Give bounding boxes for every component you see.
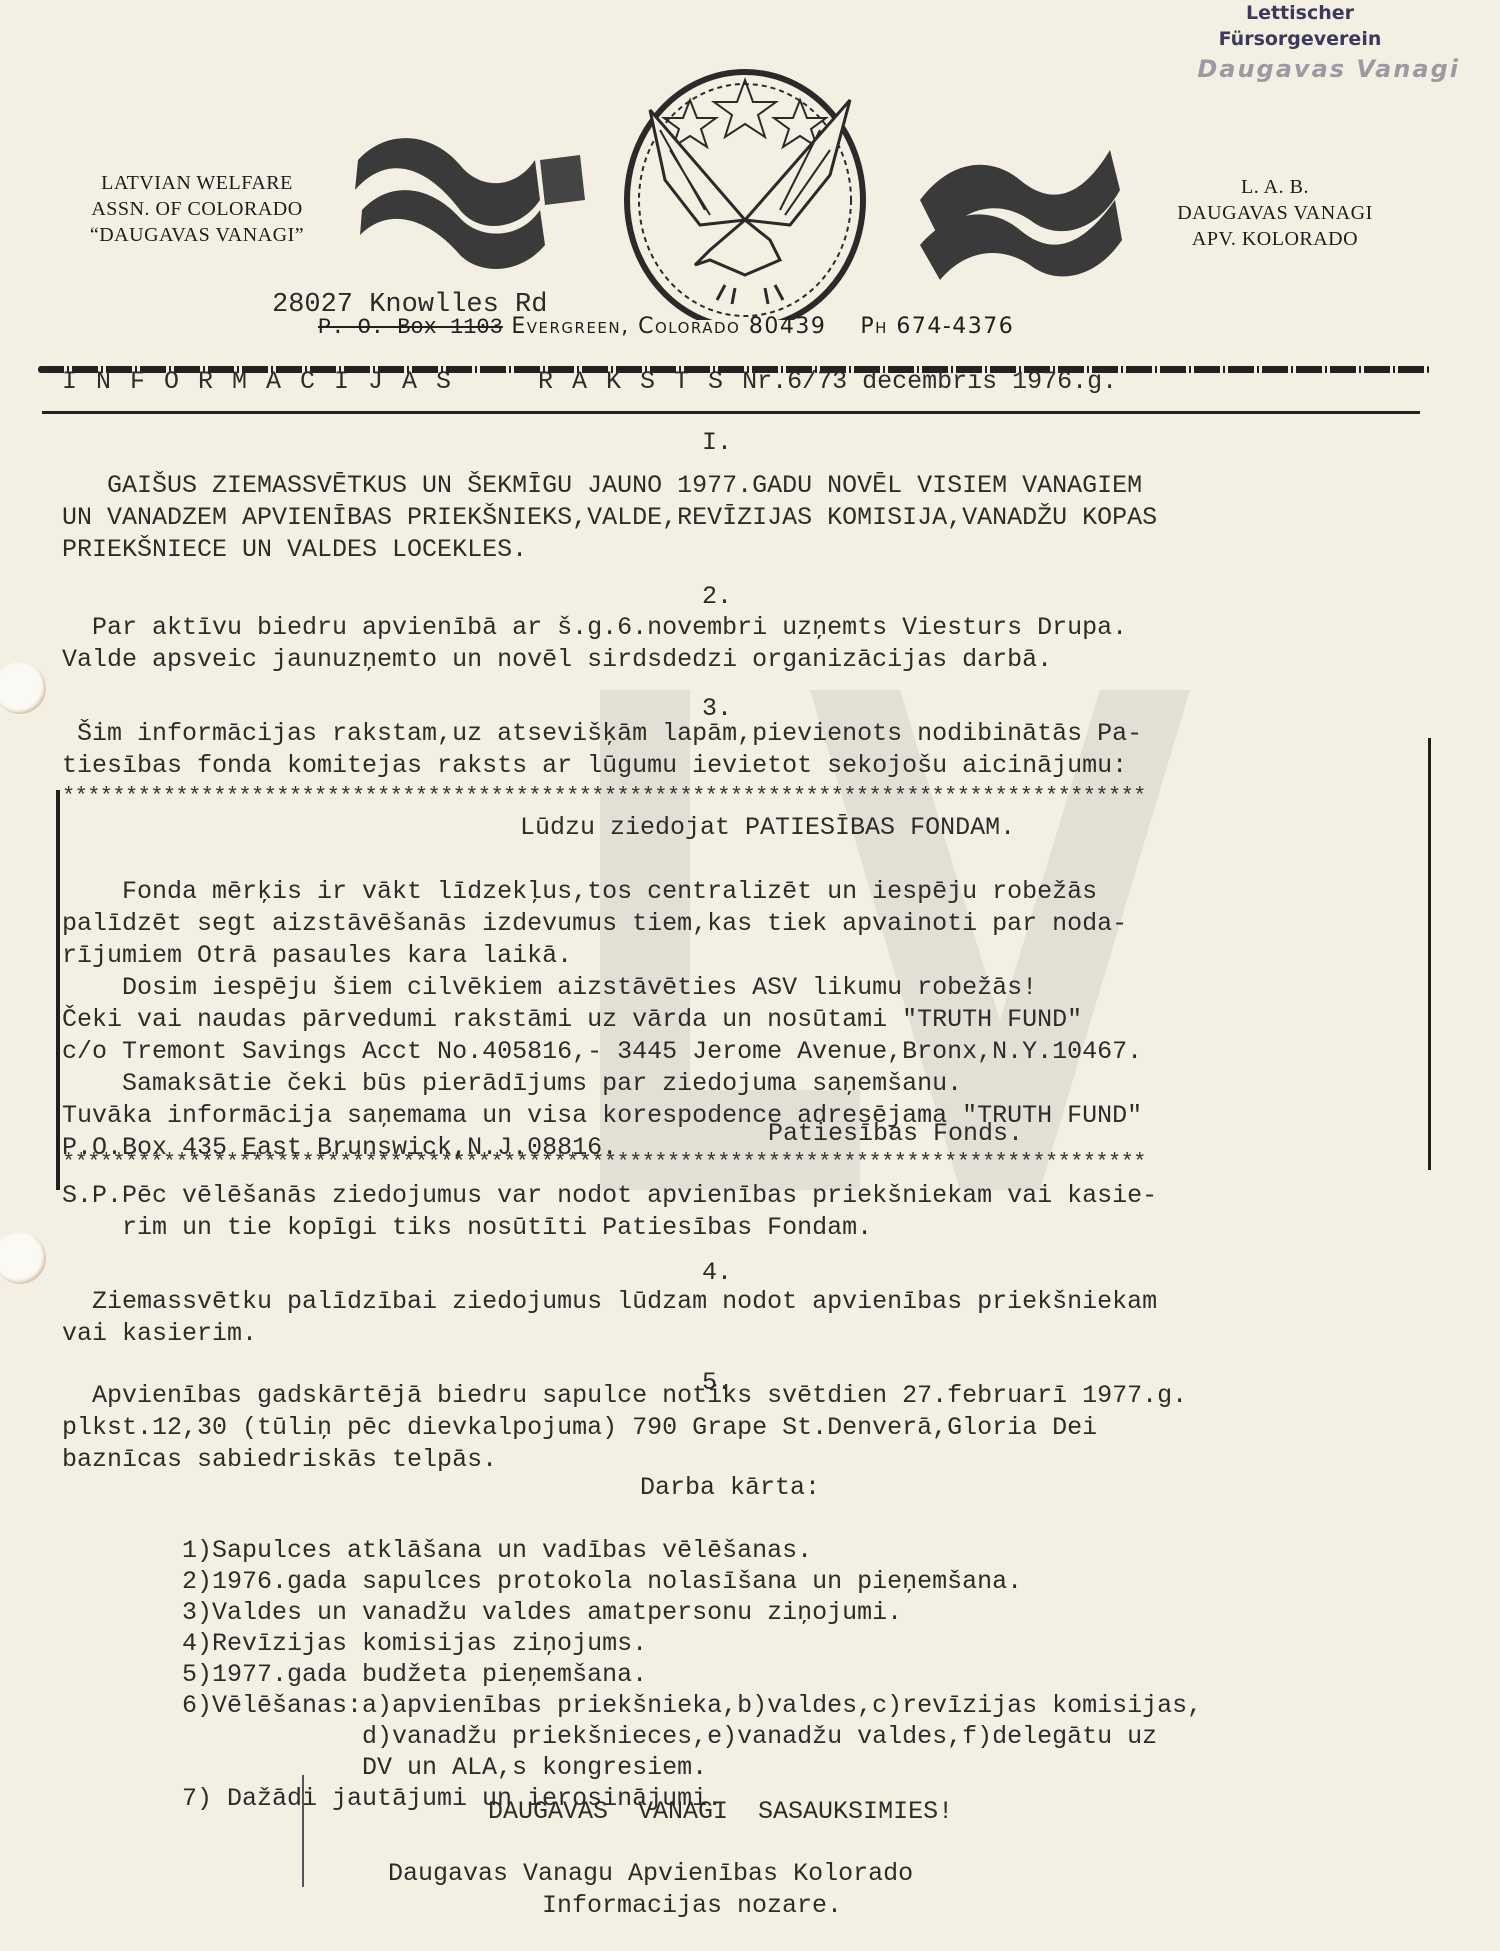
text-line: UN VANADZEM APVIENĪBAS PRIEKŠNIEKS,VALDE… (62, 502, 1157, 534)
agenda-item: 3)Valdes un vanadžu valdes amatpersonu z… (182, 1597, 1202, 1628)
text-line: Dosim iespēju šiem cilvēkiem aizstāvētie… (62, 972, 1142, 1004)
postscript: S.P.Pēc vēlēšanās ziedojumus var nodot a… (62, 1180, 1157, 1244)
text-line: PRIEKŠNIECE UN VALDES LOCEKLES. (62, 534, 1157, 566)
section-2-text: Par aktīvu biedru apvienībā ar š.g.6.nov… (62, 612, 1127, 676)
stamp-line-1: Lettischer (1140, 0, 1460, 26)
closing-organization: Daugavas Vanagu Apvienības Kolorado (388, 1858, 913, 1890)
text-line: Čeki vai naudas pārvedumi rakstāmi uz vā… (62, 1004, 1142, 1036)
text-line: GAIŠUS ZIEMASSVĒTKUS UN ŠEKMĪGU JAUNO 19… (62, 470, 1157, 502)
text-line: tiesības fonda komitejas raksts ar lūgum… (62, 750, 1142, 782)
printed-address: P. O. Box 1103 Evergreen, Colorado 80439… (318, 314, 1014, 340)
archive-stamp: Lettischer Fürsorgeverein Daugavas Vanag… (1140, 0, 1460, 82)
fund-box-border-right (1428, 738, 1431, 1170)
letterhead-right-line: APV. KOLORADO (1140, 226, 1410, 252)
agenda-item: 5)1977.gada budžeta pieņemšana. (182, 1659, 1202, 1690)
section-5-text: Apvienības gadskārtējā biedru sapulce no… (62, 1380, 1187, 1476)
text-line: Ziemassvētku palīdzībai ziedojumus lūdza… (62, 1286, 1157, 1318)
eagle-emblem-icon (350, 60, 1130, 320)
margin-pencil-line (302, 1775, 304, 1887)
agenda-title: Darba kārta: (640, 1472, 820, 1504)
text-line: c/o Tremont Savings Acct No.405816,- 344… (62, 1036, 1142, 1068)
fund-heading: Lūdzu ziedojat PATIESĪBAS FONDAM. (520, 812, 1015, 844)
section-4-text: Ziemassvētku palīdzībai ziedojumus lūdza… (62, 1286, 1157, 1350)
text-line: Šim informācijas rakstam,uz atsevišķām l… (62, 718, 1142, 750)
city-line: Evergreen, Colorado 80439 (511, 314, 826, 339)
punch-hole-bottom (0, 1232, 46, 1284)
agenda-list: 1)Sapulces atklāšana un vadības vēlēšana… (182, 1504, 1202, 1814)
closing-department: Informacijas nozare. (542, 1890, 842, 1922)
text-line: rim un tie kopīgi tiks nosūtīti Patiesīb… (62, 1212, 1157, 1244)
section-3-intro: Šim informācijas rakstam,uz atsevišķām l… (62, 718, 1142, 782)
text-line: Par aktīvu biedru apvienībā ar š.g.6.nov… (62, 612, 1127, 644)
agenda-item: DV un ALA,s kongresiem. (182, 1752, 1202, 1783)
section-number: 4. (702, 1258, 732, 1287)
struck-po-box: P. O. Box 1103 (318, 315, 503, 340)
header-rule-solid (42, 411, 1420, 414)
text-line: rījumiem Otrā pasaules kara laikā. (62, 940, 1142, 972)
phone-number: 674-4376 (896, 314, 1014, 339)
asterisk-divider-top: ****************************************… (62, 784, 1146, 809)
punch-hole-top (0, 662, 46, 714)
document-title-row: INFORMACIJAS RAKSTSNr.6/73 decembris 197… (62, 366, 1117, 398)
section-number: I. (702, 428, 732, 457)
letterhead-latvian: L. A. B. DAUGAVAS VANAGI APV. KOLORADO (1140, 174, 1410, 252)
text-line: Valde apsveic jaunuzņemto un novēl sirds… (62, 644, 1127, 676)
text-line: vai kasierim. (62, 1318, 1157, 1350)
letterhead-left-line: LATVIAN WELFARE (62, 170, 332, 196)
agenda-item: 6)Vēlēšanas:a)apvienības priekšnieka,b)v… (182, 1690, 1202, 1721)
section-number: 2. (702, 582, 732, 611)
phone-label: Ph (860, 314, 888, 339)
letterhead-left-line: “DAUGAVAS VANAGI” (62, 222, 332, 248)
letterhead-right-line: L. A. B. (1140, 174, 1410, 200)
issue-number: Nr.6/73 decembris 1976.g. (742, 367, 1117, 396)
asterisk-divider-bottom: ****************************************… (62, 1150, 1146, 1175)
text-line: Samaksātie čeki būs pierādījums par zied… (62, 1068, 1142, 1100)
fund-signature: Patiesības Fonds. (768, 1118, 1023, 1150)
text-line: Fonda mērķis ir vākt līdzekļus,tos centr… (62, 876, 1142, 908)
closing-motto: DAUGAVAS VANAGI SASAUKSIMIES! (488, 1796, 953, 1828)
text-line: palīdzēt segt aizstāvēšanās izdevumus ti… (62, 908, 1142, 940)
fund-box-border-left (56, 790, 60, 1190)
text-line: Apvienības gadskārtējā biedru sapulce no… (62, 1380, 1187, 1412)
text-line: S.P.Pēc vēlēšanās ziedojumus var nodot a… (62, 1180, 1157, 1212)
agenda-item: 4)Revīzijas komisijas ziņojums. (182, 1628, 1202, 1659)
letterhead-right-line: DAUGAVAS VANAGI (1140, 200, 1410, 226)
fund-appeal-text: Fonda mērķis ir vākt līdzekļus,tos centr… (62, 844, 1142, 1164)
text-line: baznīcas sabiedriskās telpās. (62, 1444, 1187, 1476)
agenda-item: 2)1976.gada sapulces protokola nolasīšan… (182, 1566, 1202, 1597)
section-1-text: GAIŠUS ZIEMASSVĒTKUS UN ŠEKMĪGU JAUNO 19… (62, 470, 1157, 566)
letterhead-left-line: ASSN. OF COLORADO (62, 196, 332, 222)
agenda-item: d)vanadžu priekšnieces,e)vanadžu valdes,… (182, 1721, 1202, 1752)
letterhead-english: LATVIAN WELFARE ASSN. OF COLORADO “DAUGA… (62, 170, 332, 248)
document-title: INFORMACIJAS RAKSTS (62, 367, 742, 396)
stamp-line-3: Daugavas Vanagi (1140, 56, 1460, 82)
stamp-line-2: Fürsorgeverein (1140, 26, 1460, 52)
text-line: plkst.12,30 (tūliņ pēc dievkalpojuma) 79… (62, 1412, 1187, 1444)
agenda-item: 1)Sapulces atklāšana un vadības vēlēšana… (182, 1535, 1202, 1566)
